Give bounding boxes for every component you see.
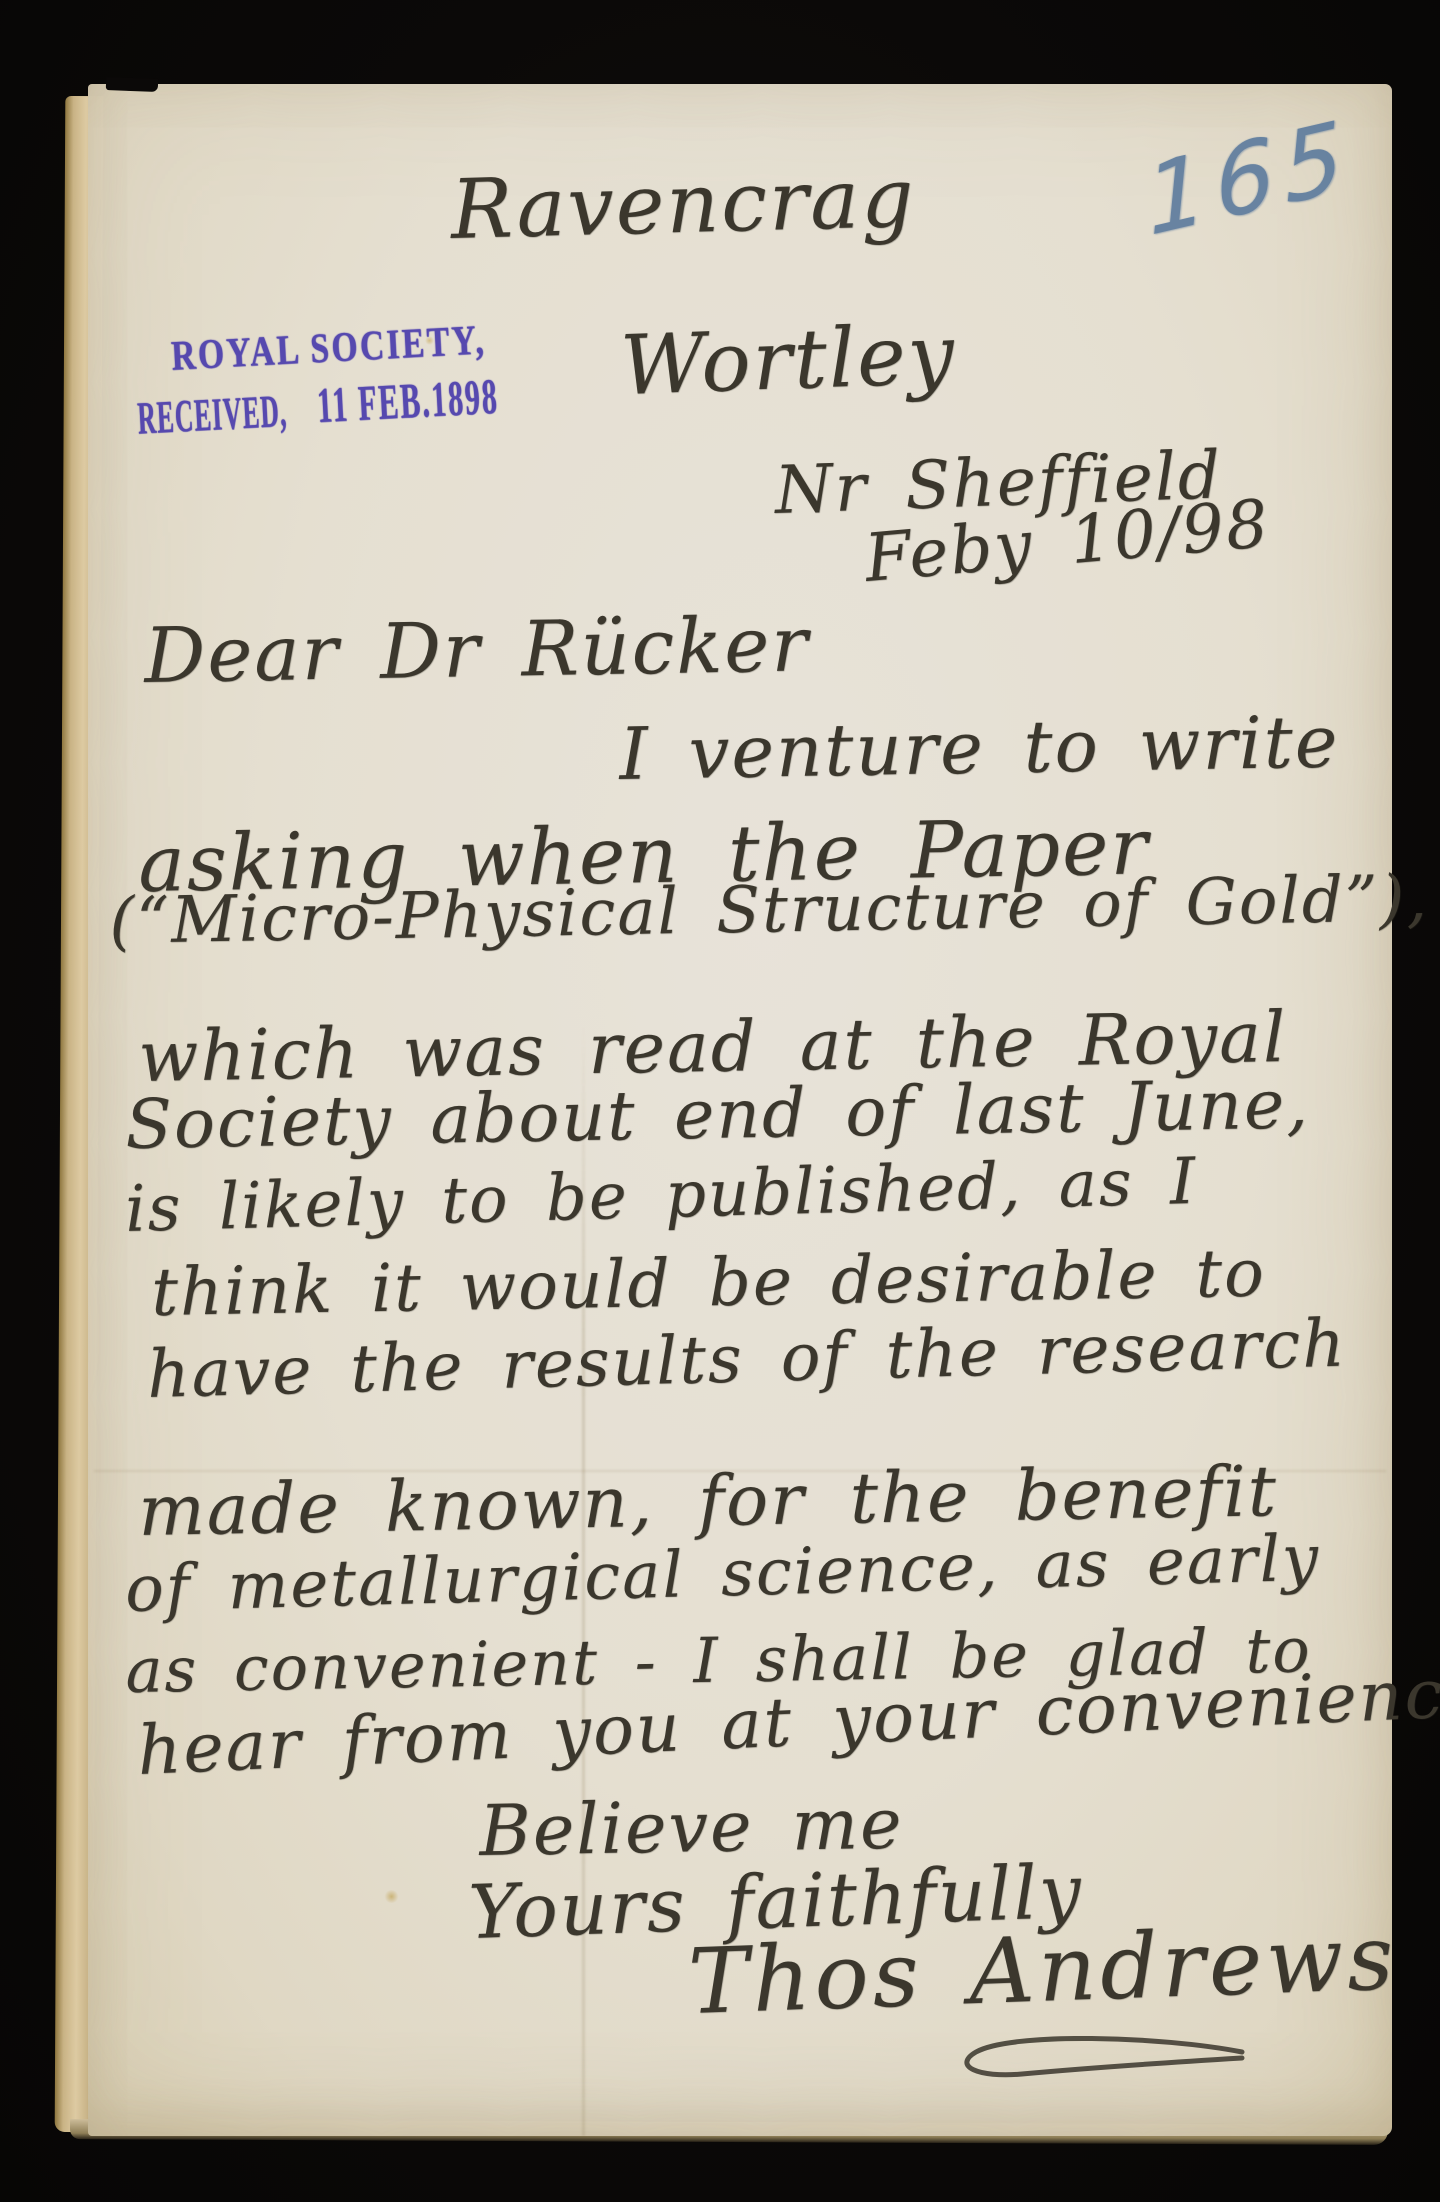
heading-village: Wortley (619, 314, 957, 408)
closing-believe-me: Believe me (479, 1789, 904, 1866)
letter-line-01: I venture to write (619, 705, 1340, 790)
foxing-spot (384, 1890, 399, 1903)
stamp-date: 11 FEB.1898 (316, 371, 500, 430)
letter-line-06: is likely to be published, as I (124, 1150, 1198, 1242)
folio-number: 165 (1142, 98, 1357, 258)
signature-flourish-icon (950, 2036, 1250, 2082)
stamp-org-line: ROYAL SOCIETY, (170, 319, 487, 377)
letter-paper: 165 ROYAL SOCIETY, RECEIVED, 11 FEB.1898… (88, 84, 1392, 2136)
photo-background: 165 ROYAL SOCIETY, RECEIVED, 11 FEB.1898… (0, 0, 1440, 2202)
heading-house: Ravencrag (450, 158, 917, 252)
torn-edge-notch (106, 77, 158, 92)
salutation: Dear Dr Rücker (144, 606, 810, 694)
stamp-received-label: RECEIVED, (136, 388, 288, 442)
royal-society-received-stamp: ROYAL SOCIETY, RECEIVED, 11 FEB.1898 (128, 307, 614, 462)
signature: Thos Andrews (687, 1913, 1399, 2028)
